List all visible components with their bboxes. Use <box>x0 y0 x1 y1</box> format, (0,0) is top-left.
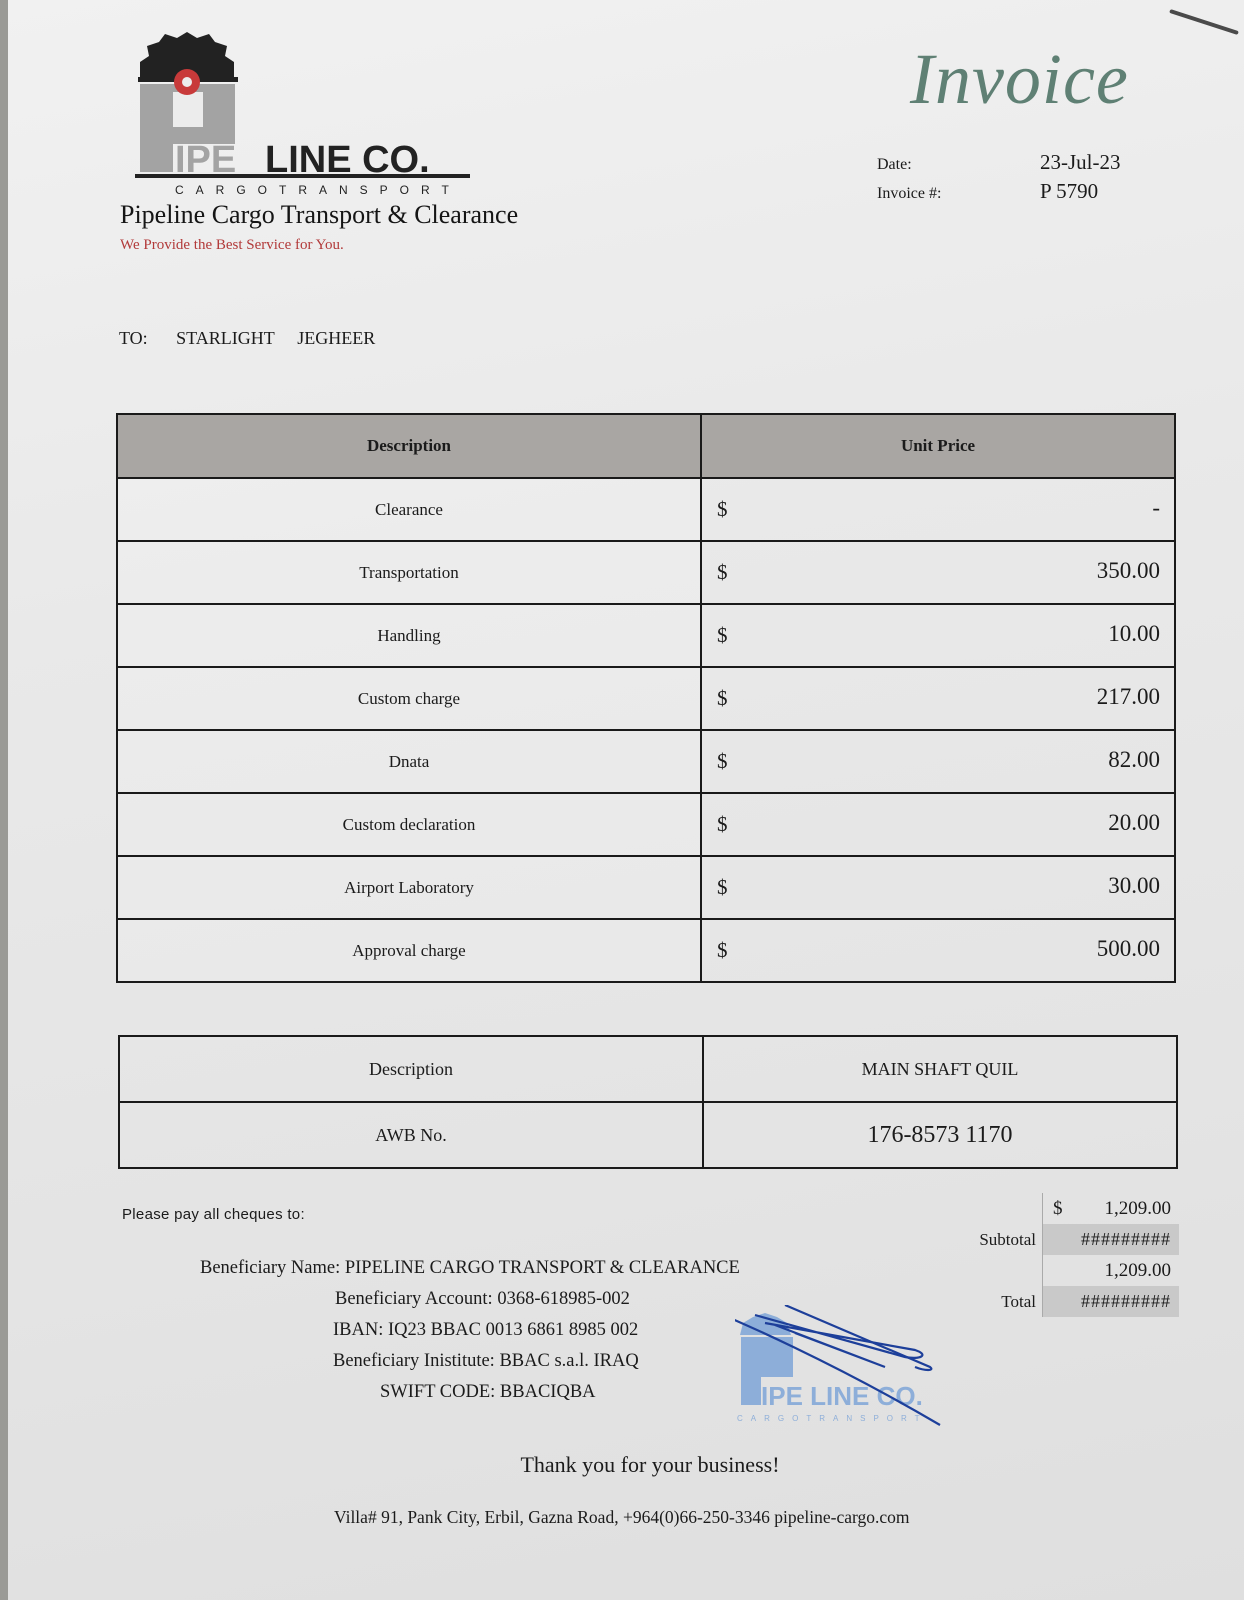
date-row: Date: 23-Jul-23 <box>877 150 1177 179</box>
currency-symbol: $ <box>717 560 728 585</box>
charge-unit-price: $10.00 <box>701 604 1175 667</box>
stamp-signature-icon: IPE LINE CO. CARGOTRANSPORT <box>735 1305 975 1445</box>
svg-text:IPE LINE CO.: IPE LINE CO. <box>761 1381 923 1411</box>
company-logo: IPE LINE CO. CARGOTRANSPORT <box>135 32 480 202</box>
company-name: Pipeline Cargo Transport & Clearance <box>120 200 518 230</box>
date-value: 23-Jul-23 <box>1040 150 1121 175</box>
shipment-description-label: Description <box>119 1036 703 1102</box>
bank-details: Beneficiary Name: PIPELINE CARGO TRANSPO… <box>200 1258 800 1413</box>
charge-amount: - <box>1152 495 1160 521</box>
subtotal-value: ######### <box>1042 1224 1179 1255</box>
charge-description: Airport Laboratory <box>117 856 701 919</box>
beneficiary-name: Beneficiary Name: PIPELINE CARGO TRANSPO… <box>200 1258 800 1289</box>
awb-value: 176-8573 1170 <box>703 1102 1177 1168</box>
column-header-description: Description <box>117 414 701 478</box>
shipment-row: Description MAIN SHAFT QUIL <box>119 1036 1177 1102</box>
recipient-first-name: STARLIGHT <box>176 328 275 348</box>
charge-description: Custom charge <box>117 667 701 730</box>
invoice-meta: Date: 23-Jul-23 Invoice #: P 5790 <box>877 150 1177 208</box>
subtotal-label: Subtotal <box>940 1230 1042 1250</box>
gear-pipe-logo-icon: IPE LINE CO. CARGOTRANSPORT <box>135 32 480 202</box>
beneficiary-institute: Beneficiary Inistitute: BBAC s.a.l. IRAQ <box>200 1351 800 1382</box>
subtotal-row: Subtotal ######### <box>940 1224 1180 1255</box>
totals-row: 1,209.00 <box>940 1255 1180 1286</box>
charge-amount: 217.00 <box>1097 684 1160 710</box>
total-value: ######### <box>1042 1286 1179 1317</box>
charge-amount: 350.00 <box>1097 558 1160 584</box>
currency-symbol: $ <box>717 497 728 522</box>
charge-unit-price: $30.00 <box>701 856 1175 919</box>
currency-symbol: $ <box>717 938 728 963</box>
charge-unit-price: $82.00 <box>701 730 1175 793</box>
company-address-footer: Villa# 91, Pank City, Erbil, Gazna Road,… <box>334 1507 910 1528</box>
currency-symbol: $ <box>717 812 728 837</box>
recipient-last-name: JEGHEER <box>297 328 375 348</box>
charge-unit-price: $217.00 <box>701 667 1175 730</box>
date-label: Date: <box>877 156 1040 174</box>
invoice-number-row: Invoice #: P 5790 <box>877 179 1177 208</box>
recipient-label: TO: <box>119 328 148 348</box>
swift-code: SWIFT CODE: BBACIQBA <box>200 1382 800 1413</box>
invoice-title: Invoice <box>910 38 1129 121</box>
charges-header-row: Description Unit Price <box>117 414 1175 478</box>
charge-row: Airport Laboratory$30.00 <box>117 856 1175 919</box>
company-tagline: We Provide the Best Service for You. <box>120 237 344 254</box>
invoice-number-label: Invoice #: <box>877 185 1040 203</box>
charge-description: Clearance <box>117 478 701 541</box>
iban: IBAN: IQ23 BBAC 0013 6861 8985 002 <box>200 1320 800 1351</box>
charge-unit-price: $- <box>701 478 1175 541</box>
charge-row: Custom charge$217.00 <box>117 667 1175 730</box>
svg-text:CARGOTRANSPORT: CARGOTRANSPORT <box>737 1414 928 1423</box>
shipment-description-value: MAIN SHAFT QUIL <box>703 1036 1177 1102</box>
charge-description: Dnata <box>117 730 701 793</box>
charge-unit-price: $500.00 <box>701 919 1175 982</box>
charge-unit-price: $350.00 <box>701 541 1175 604</box>
charge-row: Transportation$350.00 <box>117 541 1175 604</box>
charge-amount: 10.00 <box>1108 621 1160 647</box>
charge-amount: 500.00 <box>1097 936 1160 962</box>
charge-row: Clearance$- <box>117 478 1175 541</box>
total-row: Total ######### <box>940 1286 1180 1317</box>
charge-amount: 20.00 <box>1108 810 1160 836</box>
svg-text:CARGOTRANSPORT: CARGOTRANSPORT <box>175 183 461 197</box>
totals-mid-amount: 1,209.00 <box>1042 1255 1179 1286</box>
shipment-row: AWB No. 176-8573 1170 <box>119 1102 1177 1168</box>
company-stamp-signature: IPE LINE CO. CARGOTRANSPORT <box>735 1305 975 1445</box>
column-header-unit-price: Unit Price <box>701 414 1175 478</box>
totals-amount: $ 1,209.00 <box>1042 1193 1179 1224</box>
charge-description: Custom declaration <box>117 793 701 856</box>
currency-symbol: $ <box>717 875 728 900</box>
charge-amount: 30.00 <box>1108 873 1160 899</box>
thank-you-note: Thank you for your business! <box>0 1452 1244 1478</box>
charge-row: Approval charge$500.00 <box>117 919 1175 982</box>
charge-description: Transportation <box>117 541 701 604</box>
totals-block: $ 1,209.00 Subtotal ######### 1,209.00 T… <box>940 1193 1180 1317</box>
shipment-table: Description MAIN SHAFT QUIL AWB No. 176-… <box>118 1035 1178 1169</box>
charge-description: Approval charge <box>117 919 701 982</box>
charge-amount: 82.00 <box>1108 747 1160 773</box>
cheque-note: Please pay all cheques to: <box>122 1206 305 1223</box>
charge-description: Handling <box>117 604 701 667</box>
totals-currency: $ <box>1043 1198 1063 1220</box>
invoice-number-value: P 5790 <box>1040 179 1098 204</box>
totals-row: $ 1,209.00 <box>940 1193 1180 1224</box>
charge-unit-price: $20.00 <box>701 793 1175 856</box>
charge-row: Dnata$82.00 <box>117 730 1175 793</box>
currency-symbol: $ <box>717 686 728 711</box>
awb-label: AWB No. <box>119 1102 703 1168</box>
charges-table: Description Unit Price Clearance$-Transp… <box>116 413 1176 983</box>
charge-row: Handling$10.00 <box>117 604 1175 667</box>
currency-symbol: $ <box>717 623 728 648</box>
charge-row: Custom declaration$20.00 <box>117 793 1175 856</box>
currency-symbol: $ <box>717 749 728 774</box>
recipient: TO: STARLIGHT JEGHEER <box>119 328 375 349</box>
beneficiary-account: Beneficiary Account: 0368-618985-002 <box>200 1289 800 1320</box>
desk-edge <box>0 0 8 1600</box>
